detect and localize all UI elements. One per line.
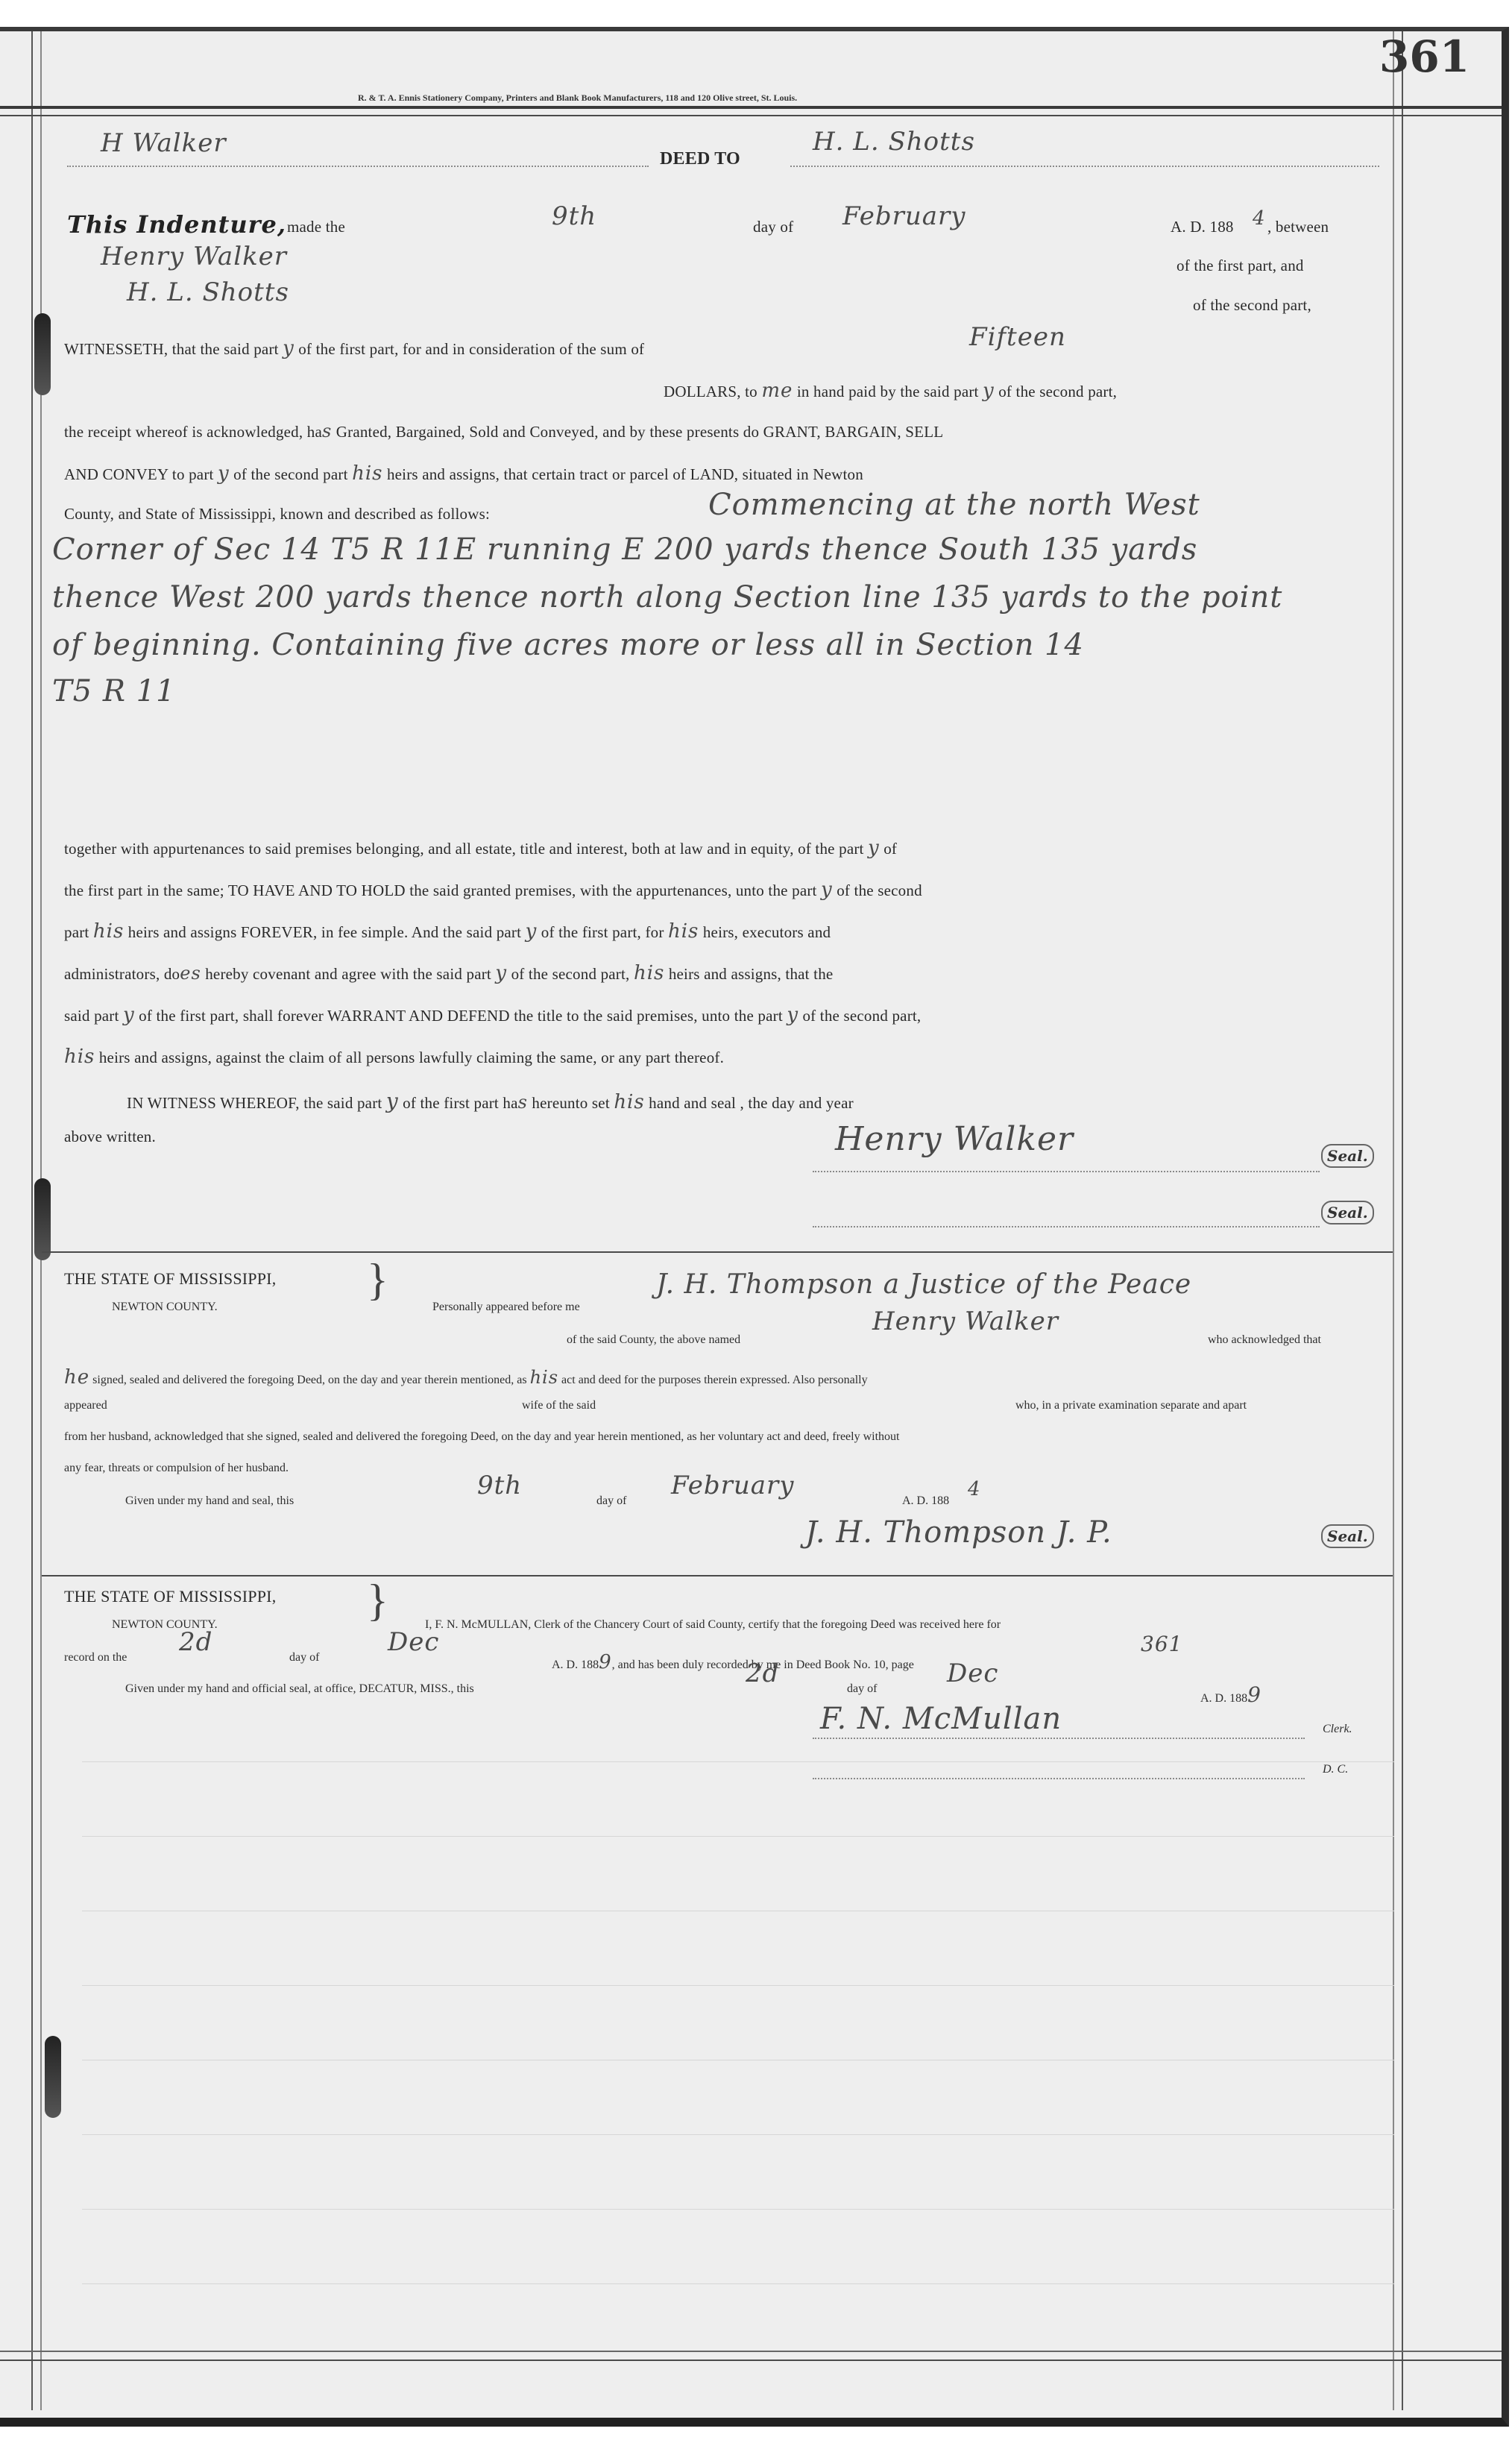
consideration-amount: Fifteen <box>969 322 1066 352</box>
habendum-line-4: administrators, does hereby covenant and… <box>64 962 833 984</box>
cert-given-day-of: day of <box>847 1682 877 1696</box>
ack-line-2: of the said County, the above named <box>567 1333 740 1347</box>
cert-state-heading: THE STATE OF MISSISSIPPI, <box>64 1587 276 1606</box>
land-description-line-2: Corner of Sec 14 T5 R 11E running E 200 … <box>52 532 1197 567</box>
witnesseth-line-4: AND CONVEY to part y of the second part … <box>64 462 863 485</box>
section-divider-certificate <box>42 1575 1393 1576</box>
clerk-signature-line <box>813 1738 1305 1739</box>
day-of-label: day of <box>753 218 793 236</box>
indenture-year-digit: 4 <box>1253 207 1266 230</box>
witnesseth-line-5: County, and State of Mississippi, known … <box>64 505 490 524</box>
first-party-name: Henry Walker <box>101 242 287 271</box>
ack-day-of-label: day of <box>596 1494 626 1508</box>
ruled-line <box>82 1911 1394 1911</box>
page-number: 361 <box>1379 31 1470 82</box>
record-month: Dec <box>388 1627 439 1657</box>
ruled-line <box>82 1761 1394 1762</box>
printer-imprint: R. & T. A. Ennis Stationery Company, Pri… <box>358 92 797 104</box>
seal-emblem-3: Seal. <box>1321 1524 1374 1548</box>
ack-line-6: any fear, threats or compulsion of her h… <box>64 1462 289 1475</box>
ack-line-4-end: who, in a private examination separate a… <box>1015 1399 1247 1412</box>
ruled-line <box>82 1836 1394 1837</box>
clerk-label: Clerk. <box>1323 1723 1352 1736</box>
ruled-line <box>82 2283 1394 2284</box>
land-description-line-3: thence West 200 yards thence north along… <box>52 580 1282 614</box>
binder-clip-bottom <box>45 2036 61 2118</box>
record-page: 361 <box>1141 1632 1182 1656</box>
indenture-month: February <box>842 201 966 231</box>
ruled-line <box>82 1985 1394 1986</box>
cert-record-label: record on the <box>64 1651 127 1664</box>
cert-line-1: I, F. N. McMULLAN, Clerk of the Chancery… <box>425 1618 1001 1632</box>
footer-rule-1 <box>0 2351 1502 2352</box>
grantee-short-name: H. L. Shotts <box>813 127 975 157</box>
cert-given-ad: A. D. 1889 <box>1200 1682 1261 1707</box>
land-description-line-4: of beginning. Containing five acres more… <box>52 628 1084 662</box>
witnesseth-line-3: the receipt whereof is acknowledged, has… <box>64 421 943 441</box>
record-day: 2d <box>179 1627 212 1657</box>
second-part-label: of the second part, <box>1193 296 1311 315</box>
habendum-line-1: together with appurtenances to said prem… <box>64 837 897 859</box>
appeared-before-label: Personally appeared before me <box>432 1301 580 1314</box>
header-rule-bottom <box>0 115 1502 116</box>
right-border-inner <box>1393 31 1394 2410</box>
signature-line-2 <box>813 1226 1320 1227</box>
section-divider-acknowledgment <box>42 1251 1393 1253</box>
seal-emblem-2: Seal. <box>1321 1201 1374 1224</box>
habendum-line-5: said part y of the first part, shall for… <box>64 1004 921 1026</box>
dotted-line <box>790 166 1379 167</box>
ack-line-5: from her husband, acknowledged that she … <box>64 1430 900 1444</box>
signature-line <box>813 1171 1320 1172</box>
ad-label: A. D. 188 <box>1171 218 1234 236</box>
ruled-line <box>82 2134 1394 2135</box>
first-part-label: of the first part, and <box>1176 257 1304 275</box>
seal-emblem-1: Seal. <box>1321 1144 1374 1168</box>
grantor-short-name: H Walker <box>101 128 227 158</box>
testimonium-line-2: above written. <box>64 1128 156 1146</box>
deputy-clerk-line <box>813 1778 1305 1779</box>
dotted-line <box>67 166 649 167</box>
ack-given-label: Given under my hand and seal, this <box>125 1494 294 1508</box>
land-description-line-1: Commencing at the north West <box>708 488 1200 522</box>
header-rule-top <box>0 106 1502 109</box>
cert-day-of: day of <box>289 1651 319 1664</box>
clerk-signature: F. N. McMullan <box>820 1702 1062 1736</box>
right-border-outer <box>1402 31 1403 2410</box>
indenture-day: 9th <box>552 201 596 231</box>
habendum-line-2: the first part in the same; TO HAVE AND … <box>64 878 922 901</box>
footer-rule-2 <box>0 2360 1502 2361</box>
record-year: 9 <box>599 1651 612 1673</box>
ack-line-3: he signed, sealed and delivered the fore… <box>64 1366 868 1389</box>
cert-given-label: Given under my hand and official seal, a… <box>125 1682 474 1696</box>
between-label: , between <box>1267 218 1329 236</box>
deputy-clerk-label: D. C. <box>1323 1763 1348 1776</box>
left-border-outer <box>31 31 33 2410</box>
made-the-label: made the <box>287 218 345 236</box>
witnesseth-line-2: DOLLARS, to me in hand paid by the said … <box>664 380 1117 402</box>
binder-clip-top <box>34 313 51 395</box>
cert-given-month: Dec <box>947 1659 998 1688</box>
ack-state-heading: THE STATE OF MISSISSIPPI, <box>64 1269 276 1289</box>
justice-signature: J. H. Thompson J. P. <box>805 1515 1112 1550</box>
ack-line-2-end: who acknowledged that <box>1208 1333 1321 1347</box>
deed-to-label: DEED TO <box>660 149 740 169</box>
binder-clip-middle <box>34 1178 51 1260</box>
ack-officer: J. H. Thompson a Justice of the Peace <box>656 1269 1191 1300</box>
ack-given-month: February <box>671 1471 795 1500</box>
ruled-line <box>82 2209 1394 2210</box>
testimonium-line-1: IN WITNESS WHEREOF, the said part y of t… <box>127 1089 854 1113</box>
habendum-line-6: his heirs and assigns, against the claim… <box>64 1046 724 1068</box>
ruled-line <box>82 2060 1394 2060</box>
ack-ad-label: A. D. 188 <box>902 1494 949 1508</box>
habendum-line-3: part his heirs and assigns FOREVER, in f… <box>64 920 831 943</box>
cert-ad-label: A. D. 1889, and has been duly recorded b… <box>552 1651 914 1673</box>
land-description-line-5: T5 R 11 <box>52 674 176 708</box>
ack-line-4: appeared <box>64 1399 107 1412</box>
second-party-name: H. L. Shotts <box>127 277 289 307</box>
witnesseth-line-1: WITNESSETH, that the said part y of the … <box>64 337 644 359</box>
ack-county-heading: NEWTON COUNTY. <box>112 1301 218 1314</box>
ack-given-day: 9th <box>477 1471 522 1500</box>
grantor-signature: Henry Walker <box>835 1120 1074 1158</box>
cert-bracket: } <box>367 1575 388 1626</box>
ack-named-party: Henry Walker <box>872 1307 1059 1336</box>
cert-given-day: 2d <box>746 1659 779 1688</box>
ack-bracket: } <box>367 1254 388 1306</box>
indenture-heading: This Indenture, <box>67 210 286 239</box>
ack-given-year: 4 <box>968 1478 981 1500</box>
deed-book-page: 361 R. & T. A. Ennis Stationery Company,… <box>0 27 1509 2427</box>
ack-wife-label: wife of the said <box>522 1399 596 1412</box>
